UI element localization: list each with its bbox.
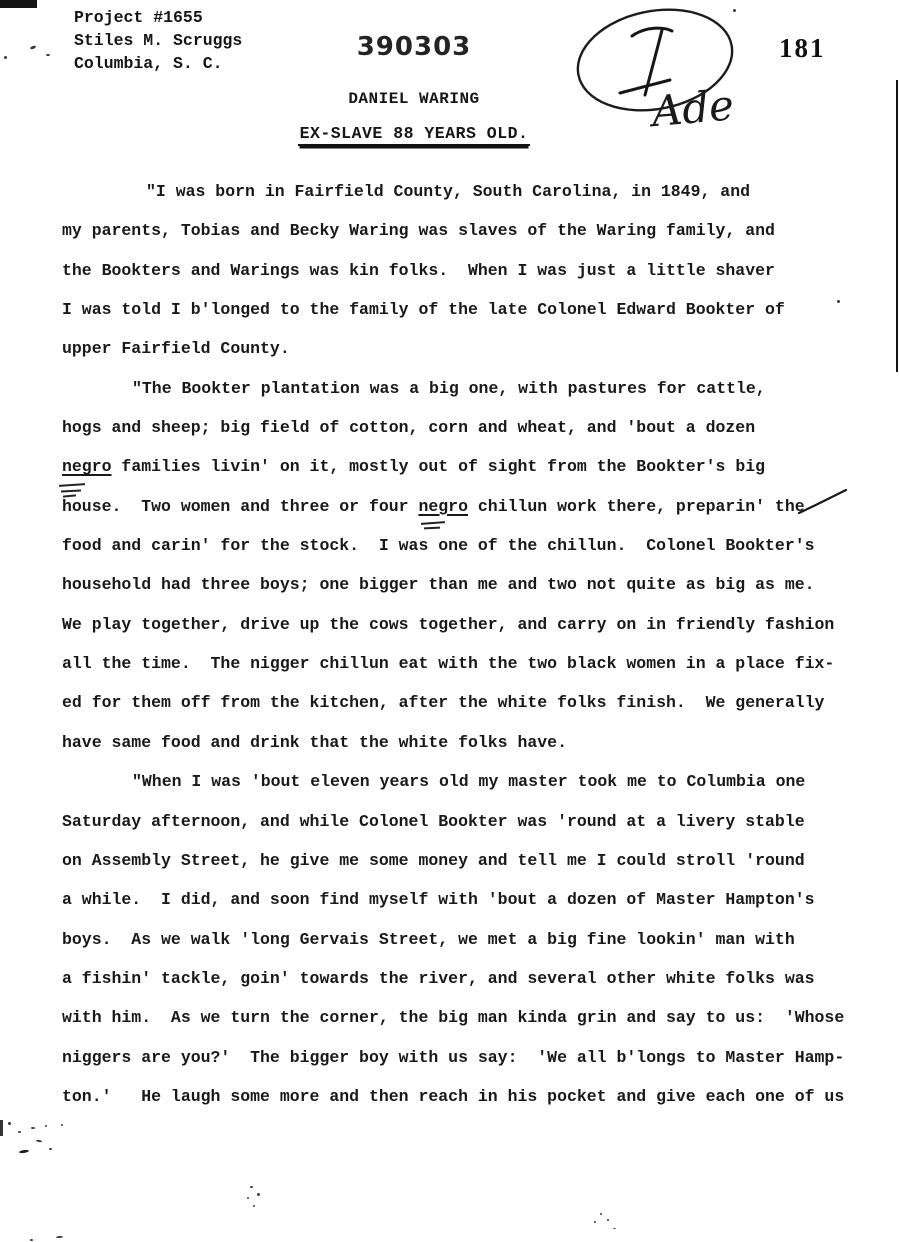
scan-edge-line xyxy=(896,80,898,372)
text-line: all the time. The nigger chillun eat wit… xyxy=(62,644,867,683)
text-line: hogs and sheep; big field of cotton, cor… xyxy=(62,408,867,447)
text-line: "The Bookter plantation was a big one, w… xyxy=(62,369,867,408)
paragraph: "The Bookter plantation was a big one, w… xyxy=(62,369,867,762)
underlined-word: negro xyxy=(62,457,112,476)
location: Columbia, S. C. xyxy=(74,52,242,75)
text-line: I was told I b'longed to the family of t… xyxy=(62,290,867,329)
text-line: "I was born in Fairfield County, South C… xyxy=(62,172,867,211)
text-line: "When I was 'bout eleven years old my ma… xyxy=(62,762,867,801)
text-line: on Assembly Street, he give me some mone… xyxy=(62,841,867,880)
text-line: niggers are you?' The bigger boy with us… xyxy=(62,1038,867,1077)
catalog-stamp-number: 390303 xyxy=(248,32,580,62)
text-line: a fishin' tackle, goin' towards the rive… xyxy=(62,959,867,998)
text-line: We play together, drive up the cows toge… xyxy=(62,605,867,644)
text-line: the Bookters and Warings was kin folks. … xyxy=(62,251,867,290)
document-subtitle: EX-SLAVE 88 YEARS OLD. xyxy=(248,124,580,146)
text-line: negro families livin' on it, mostly out … xyxy=(62,447,867,486)
text-line: household had three boys; one bigger tha… xyxy=(62,565,867,604)
text-line: food and carin' for the stock. I was one… xyxy=(62,526,867,565)
scan-edge-tick xyxy=(0,1120,3,1136)
document-title: DANIEL WARING xyxy=(248,90,580,108)
project-number: Project #1655 xyxy=(74,6,242,29)
document-header: Project #1655 Stiles M. Scruggs Columbia… xyxy=(74,6,242,75)
text-line: Saturday afternoon, and while Colonel Bo… xyxy=(62,802,867,841)
text-line: ton.' He laugh some more and then reach … xyxy=(62,1077,867,1116)
author-name: Stiles M. Scruggs xyxy=(74,29,242,52)
text-line: with him. As we turn the corner, the big… xyxy=(62,998,867,1037)
paragraph: "When I was 'bout eleven years old my ma… xyxy=(62,762,867,1116)
page-number: 181 xyxy=(779,33,826,64)
text-line: a while. I did, and soon find myself wit… xyxy=(62,880,867,919)
underlined-word: negro xyxy=(418,497,468,516)
text-line: my parents, Tobias and Becky Waring was … xyxy=(62,211,867,250)
text-line: house. Two women and three or four negro… xyxy=(62,487,867,526)
text-line: upper Fairfield County. xyxy=(62,329,867,368)
text-line: boys. As we walk 'long Gervais Street, w… xyxy=(62,920,867,959)
document-subtitle-text: EX-SLAVE 88 YEARS OLD. xyxy=(298,124,531,146)
text-line: have same food and drink that the white … xyxy=(62,723,867,762)
handwritten-initials: Ade xyxy=(646,80,736,136)
document-body: "I was born in Fairfield County, South C… xyxy=(62,172,867,1116)
handwritten-check-mark xyxy=(796,486,850,518)
circled-letter-i-stroke xyxy=(620,28,672,95)
document-page: Project #1655 Stiles M. Scruggs Columbia… xyxy=(0,0,900,1242)
paragraph: "I was born in Fairfield County, South C… xyxy=(62,172,867,369)
scan-edge-bar xyxy=(0,0,37,8)
text-line: ed for them off from the kitchen, after … xyxy=(62,683,867,722)
handwritten-annotation: Ade xyxy=(558,2,773,140)
